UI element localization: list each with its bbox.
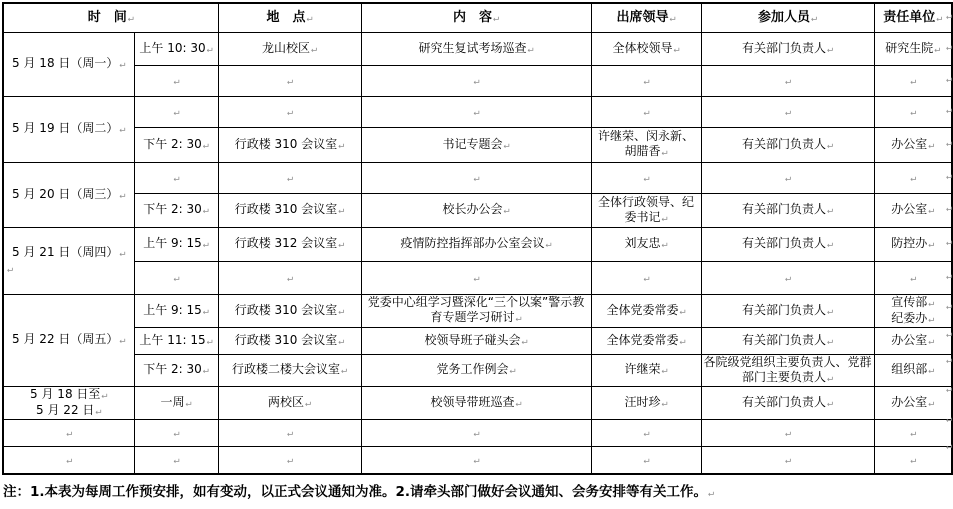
unit-text: 组织部 [891, 362, 927, 376]
schedule-table-body: 时 间↵地 点↵内 容↵出席领导↵参加人员↵责任单位↵5 月 18 日（周一）↵… [3, 3, 952, 474]
time-text: 上午 10: 30 [139, 41, 205, 55]
cell-end-mark: ↵ [128, 13, 134, 24]
header-row: 时 间↵地 点↵内 容↵出席领导↵参加人员↵责任单位↵ [3, 3, 952, 32]
cell-end-mark: ↵ [910, 76, 916, 87]
cell-end-mark: ↵ [644, 173, 650, 184]
footnote-text: 注：1.本表为每周工作预安排，如有变动，以正式会议通知为准。2.请牵头部门做好会… [3, 484, 707, 500]
table-row: 5 月 20 日（周三）↵↵↵↵↵↵↵ [3, 162, 952, 193]
cell-date: 5 月 21 日（周四）↵↵ [3, 227, 134, 294]
cell-end-mark: ↵ [910, 107, 916, 118]
cell-end-mark: ↵ [203, 205, 209, 216]
cell-end-mark: ↵ [827, 306, 833, 317]
cell-end-mark: ↵ [287, 428, 293, 439]
cell-end-mark: ↵ [928, 365, 934, 376]
header-unit: 责任单位↵ [874, 3, 952, 32]
leaders-text: 全体行政领导、纪委书记 [598, 195, 694, 224]
cell-end-mark: ↵ [173, 428, 179, 439]
cell-end-mark: ↵ [528, 44, 534, 55]
cell-end-mark: ↵ [928, 239, 934, 250]
header-leaders: 出席领导↵ [591, 3, 701, 32]
location-text: 行政楼 310 会议室 [235, 303, 338, 317]
participants-text: 有关部门负责人 [742, 395, 826, 409]
cell-unit: ↵ [874, 162, 952, 193]
unit-text: 办公室 [891, 395, 927, 409]
cell-end-mark: ↵ [203, 306, 209, 317]
cell-end-mark: ↵ [928, 336, 934, 347]
table-row: 5 月 18 日至↵5 月 22 日↵一周↵两校区↵校领导带班巡查↵汪时珍↵有关… [3, 386, 952, 419]
cell-end-mark: ↵ [928, 398, 934, 409]
header-location-label: 地 点 [266, 10, 305, 25]
cell-participants: 有关部门负责人↵ [701, 294, 874, 327]
cell-participants: ↵ [701, 162, 874, 193]
cell-time: 上午 10: 30↵ [134, 32, 218, 65]
cell-date: ↵ [3, 419, 134, 446]
time-text: 下午 2: 30 [143, 137, 202, 151]
cell-end-mark: ↵ [644, 107, 650, 118]
cell-location: 龙山校区↵ [218, 32, 361, 65]
date-text: 5 月 18 日（周一） [12, 56, 118, 70]
date-text: 5 月 20 日（周三） [12, 187, 118, 201]
cell-end-mark: ↵ [522, 336, 528, 347]
cell-unit: ↵ [874, 261, 952, 294]
cell-end-mark: ↵ [474, 173, 480, 184]
location-text: 行政楼 310 会议室 [235, 202, 338, 216]
cell-time: 下午 2: 30↵ [134, 193, 218, 227]
cell-content: ↵ [361, 261, 591, 294]
cell-participants: 各院级党组织主要负责人、党群部门主要负责人↵ [701, 354, 874, 386]
cell-end-mark: ↵ [510, 365, 516, 376]
participants-text: 有关部门负责人 [742, 202, 826, 216]
cell-end-mark: ↵ [928, 298, 934, 309]
document-page: 时 间↵地 点↵内 容↵出席领导↵参加人员↵责任单位↵5 月 18 日（周一）↵… [0, 0, 953, 509]
date-line: ↵ [6, 261, 132, 277]
date-line: 5 月 21 日（周四）↵ [6, 245, 132, 261]
cell-end-mark: ↵ [493, 13, 499, 24]
header-content: 内 容↵ [361, 3, 591, 32]
paragraph-mark: ↵ [708, 488, 714, 499]
time-text: 上午 9: 15 [143, 303, 202, 317]
cell-end-mark: ↵ [680, 336, 686, 347]
cell-end-mark: ↵ [66, 428, 72, 439]
row-end-mark: ↵ [946, 271, 953, 283]
cell-unit: 防控办↵ [874, 227, 952, 261]
cell-end-mark: ↵ [474, 76, 480, 87]
cell-unit: ↵ [874, 96, 952, 127]
header-participants: 参加人员↵ [701, 3, 874, 32]
unit-text: 宣传部 [891, 295, 927, 309]
header-unit-label: 责任单位 [883, 10, 935, 25]
unit-text: 防控办 [891, 236, 927, 250]
cell-unit: 办公室↵ [874, 193, 952, 227]
cell-end-mark: ↵ [474, 107, 480, 118]
cell-participants: 有关部门负责人↵ [701, 193, 874, 227]
cell-end-mark: ↵ [516, 398, 522, 409]
row-end-mark: ↵ [946, 42, 953, 54]
date-text: 5 月 22 日 [36, 403, 94, 417]
content-text: 党委中心组学习暨深化“三个以案”警示教育专题学习研讨 [368, 295, 584, 324]
cell-time: 上午 9: 15↵ [134, 227, 218, 261]
content-text: 疫情防控指挥部办公室会议 [400, 236, 544, 250]
cell-end-mark: ↵ [173, 273, 179, 284]
cell-leaders: 全体党委常委↵ [591, 294, 701, 327]
cell-end-mark: ↵ [207, 44, 213, 55]
cell-end-mark: ↵ [811, 13, 817, 24]
cell-end-mark: ↵ [119, 335, 125, 346]
cell-date: 5 月 22 日（周五）↵ [3, 294, 134, 386]
table-row: 5 月 21 日（周四）↵↵上午 9: 15↵行政楼 312 会议室↵疫情防控指… [3, 227, 952, 261]
cell-participants: ↵ [701, 65, 874, 96]
cell-end-mark: ↵ [910, 455, 916, 466]
header-time: 时 间↵ [3, 3, 218, 32]
cell-end-mark: ↵ [785, 273, 791, 284]
cell-end-mark: ↵ [827, 205, 833, 216]
content-text: 书记专题会 [442, 137, 502, 151]
cell-location: 行政楼 310 会议室↵ [218, 127, 361, 162]
header-location: 地 点↵ [218, 3, 361, 32]
header-time-label: 时 间 [88, 10, 127, 25]
cell-end-mark: ↵ [504, 140, 510, 151]
cell-end-mark: ↵ [910, 173, 916, 184]
cell-date: ↵ [3, 446, 134, 474]
cell-leaders: ↵ [591, 162, 701, 193]
row-end-mark: ↵ [946, 414, 953, 426]
cell-end-mark: ↵ [785, 173, 791, 184]
leaders-text: 全体党委常委 [606, 303, 678, 317]
cell-time: ↵ [134, 446, 218, 474]
row-end-mark: ↵ [946, 329, 953, 341]
cell-end-mark: ↵ [827, 140, 833, 151]
cell-participants: 有关部门负责人↵ [701, 127, 874, 162]
table-row: ↵↵↵↵↵↵ [3, 261, 952, 294]
row-end-mark: ↵ [946, 384, 953, 396]
cell-end-mark: ↵ [338, 239, 344, 250]
cell-content: ↵ [361, 162, 591, 193]
content-text: 校长办公会 [442, 202, 502, 216]
cell-end-mark: ↵ [934, 44, 940, 55]
cell-end-mark: ↵ [173, 455, 179, 466]
cell-location: 行政楼二楼大会议室↵ [218, 354, 361, 386]
time-text: 一周 [160, 395, 184, 409]
cell-end-mark: ↵ [173, 76, 179, 87]
cell-content: 书记专题会↵ [361, 127, 591, 162]
date-text: 5 月 18 日至 [30, 387, 100, 401]
cell-end-mark: ↵ [287, 455, 293, 466]
cell-end-mark: ↵ [936, 13, 942, 24]
cell-end-mark: ↵ [680, 306, 686, 317]
cell-time: 一周↵ [134, 386, 218, 419]
cell-end-mark: ↵ [119, 124, 125, 135]
cell-location: ↵ [218, 96, 361, 127]
cell-location: ↵ [218, 419, 361, 446]
cell-time: 上午 11: 15↵ [134, 327, 218, 354]
cell-end-mark: ↵ [662, 147, 668, 158]
cell-unit: ↵ [874, 446, 952, 474]
cell-date: 5 月 20 日（周三）↵ [3, 162, 134, 227]
cell-end-mark: ↵ [928, 314, 934, 325]
content-text: 校领导带班巡查 [430, 395, 514, 409]
cell-time: ↵ [134, 65, 218, 96]
cell-date: 5 月 18 日（周一）↵ [3, 32, 134, 96]
cell-unit: 组织部↵ [874, 354, 952, 386]
cell-location: 行政楼 310 会议室↵ [218, 294, 361, 327]
date-line: 5 月 22 日↵ [6, 403, 132, 419]
cell-end-mark: ↵ [203, 140, 209, 151]
header-content-label: 内 容 [453, 10, 492, 25]
participants-text: 有关部门负责人 [742, 137, 826, 151]
cell-end-mark: ↵ [338, 205, 344, 216]
cell-date: 5 月 19 日（周二）↵ [3, 96, 134, 162]
cell-participants: ↵ [701, 446, 874, 474]
content-text: 校领导班子碰头会 [424, 333, 520, 347]
unit-text: 办公室 [891, 137, 927, 151]
cell-leaders: 全体校领导↵ [591, 32, 701, 65]
cell-leaders: ↵ [591, 419, 701, 446]
row-end-mark: ↵ [946, 441, 953, 453]
cell-end-mark: ↵ [186, 398, 192, 409]
cell-time: ↵ [134, 162, 218, 193]
date-text: 5 月 21 日（周四） [12, 245, 118, 259]
cell-leaders: 全体党委常委↵ [591, 327, 701, 354]
cell-end-mark: ↵ [119, 248, 125, 259]
location-text: 行政楼 310 会议室 [235, 333, 338, 347]
cell-end-mark: ↵ [785, 76, 791, 87]
cell-end-mark: ↵ [66, 455, 72, 466]
table-row: 5 月 18 日（周一）↵上午 10: 30↵龙山校区↵研究生复试考场巡查↵全体… [3, 32, 952, 65]
cell-date: 5 月 18 日至↵5 月 22 日↵ [3, 386, 134, 419]
cell-unit: ↵ [874, 419, 952, 446]
table-row: 5 月 22 日（周五）↵上午 9: 15↵行政楼 310 会议室↵党委中心组学… [3, 294, 952, 327]
cell-participants: 有关部门负责人↵ [701, 327, 874, 354]
cell-end-mark: ↵ [504, 205, 510, 216]
cell-end-mark: ↵ [670, 13, 676, 24]
cell-end-mark: ↵ [95, 406, 101, 417]
cell-content: 研究生复试考场巡查↵ [361, 32, 591, 65]
date-line: 5 月 18 日至↵ [6, 387, 132, 403]
leaders-text: 全体校领导 [612, 41, 672, 55]
cell-end-mark: ↵ [474, 455, 480, 466]
cell-unit: 办公室↵ [874, 327, 952, 354]
cell-end-mark: ↵ [644, 455, 650, 466]
cell-content: ↵ [361, 65, 591, 96]
cell-location: ↵ [218, 446, 361, 474]
participants-text: 有关部门负责人 [742, 333, 826, 347]
cell-unit: 宣传部↵纪委办↵ [874, 294, 952, 327]
cell-end-mark: ↵ [827, 373, 833, 384]
cell-unit: 办公室↵ [874, 127, 952, 162]
table-row: 下午 2: 30↵行政楼 310 会议室↵校长办公会↵全体行政领导、纪委书记↵有… [3, 193, 952, 227]
table-row: 下午 2: 30↵行政楼 310 会议室↵书记专题会↵许继荣、闵永新、胡腊香↵有… [3, 127, 952, 162]
row-end-mark: ↵ [946, 74, 953, 86]
row-end-mark: ↵ [946, 203, 953, 215]
row-end-mark: ↵ [946, 11, 953, 23]
cell-content: ↵ [361, 419, 591, 446]
cell-end-mark: ↵ [287, 273, 293, 284]
cell-leaders: 许继荣、闵永新、胡腊香↵ [591, 127, 701, 162]
cell-participants: 有关部门负责人↵ [701, 32, 874, 65]
cell-end-mark: ↵ [516, 313, 522, 324]
unit-text: 纪委办 [891, 311, 927, 325]
cell-end-mark: ↵ [311, 44, 317, 55]
cell-location: ↵ [218, 65, 361, 96]
cell-end-mark: ↵ [307, 13, 313, 24]
table-row: 上午 11: 15↵行政楼 310 会议室↵校领导班子碰头会↵全体党委常委↵有关… [3, 327, 952, 354]
cell-end-mark: ↵ [474, 273, 480, 284]
cell-end-mark: ↵ [674, 44, 680, 55]
cell-end-mark: ↵ [119, 190, 125, 201]
cell-leaders: ↵ [591, 261, 701, 294]
cell-location: 行政楼 312 会议室↵ [218, 227, 361, 261]
cell-leaders: ↵ [591, 65, 701, 96]
row-end-mark: ↵ [946, 301, 953, 313]
cell-end-mark: ↵ [287, 76, 293, 87]
header-participants-label: 参加人员 [758, 10, 810, 25]
cell-unit: ↵ [874, 65, 952, 96]
cell-end-mark: ↵ [119, 59, 125, 70]
cell-end-mark: ↵ [173, 107, 179, 118]
cell-content: 校长办公会↵ [361, 193, 591, 227]
cell-end-mark: ↵ [910, 428, 916, 439]
cell-location: 行政楼 310 会议室↵ [218, 193, 361, 227]
table-row: ↵↵↵↵↵↵ [3, 65, 952, 96]
cell-time: 上午 9: 15↵ [134, 294, 218, 327]
cell-end-mark: ↵ [7, 264, 13, 275]
weekly-schedule-table: 时 间↵地 点↵内 容↵出席领导↵参加人员↵责任单位↵5 月 18 日（周一）↵… [2, 2, 953, 475]
unit-text: 办公室 [891, 202, 927, 216]
cell-content: 党委中心组学习暨深化“三个以案”警示教育专题学习研讨↵ [361, 294, 591, 327]
leaders-text: 汪时珍 [624, 395, 660, 409]
cell-location: ↵ [218, 261, 361, 294]
cell-end-mark: ↵ [341, 365, 347, 376]
cell-unit: 研究生院↵ [874, 32, 952, 65]
cell-end-mark: ↵ [827, 44, 833, 55]
cell-content: ↵ [361, 96, 591, 127]
cell-end-mark: ↵ [173, 173, 179, 184]
cell-end-mark: ↵ [546, 239, 552, 250]
cell-leaders: 汪时珍↵ [591, 386, 701, 419]
location-text: 行政楼二楼大会议室 [232, 362, 340, 376]
cell-location: ↵ [218, 162, 361, 193]
cell-end-mark: ↵ [928, 140, 934, 151]
cell-end-mark: ↵ [827, 239, 833, 250]
cell-time: 下午 2: 30↵ [134, 127, 218, 162]
leaders-text: 刘友忠 [624, 236, 660, 250]
content-text: 党务工作例会 [436, 362, 508, 376]
content-text: 研究生复试考场巡查 [418, 41, 526, 55]
header-leaders-label: 出席领导 [616, 10, 668, 25]
cell-content: 疫情防控指挥部办公室会议↵ [361, 227, 591, 261]
participants-text: 有关部门负责人 [742, 41, 826, 55]
cell-time: ↵ [134, 96, 218, 127]
date-text: 5 月 19 日（周二） [12, 121, 118, 135]
cell-end-mark: ↵ [203, 239, 209, 250]
cell-end-mark: ↵ [785, 455, 791, 466]
cell-participants: ↵ [701, 261, 874, 294]
table-row: 下午 2: 30↵行政楼二楼大会议室↵党务工作例会↵许继荣↵各院级党组织主要负责… [3, 354, 952, 386]
location-text: 行政楼 312 会议室 [235, 236, 338, 250]
row-end-mark: ↵ [946, 171, 953, 183]
time-text: 下午 2: 30 [143, 202, 202, 216]
cell-end-mark: ↵ [338, 140, 344, 151]
row-end-mark: ↵ [946, 237, 953, 249]
cell-end-mark: ↵ [662, 239, 668, 250]
participants-text: 各院级党组织主要负责人、党群部门主要负责人 [704, 355, 872, 384]
cell-participants: 有关部门负责人↵ [701, 386, 874, 419]
cell-end-mark: ↵ [910, 273, 916, 284]
cell-content: 校领导带班巡查↵ [361, 386, 591, 419]
cell-end-mark: ↵ [662, 213, 668, 224]
footnote: 注：1.本表为每周工作预安排，如有变动，以正式会议通知为准。2.请牵头部门做好会… [3, 483, 714, 503]
unit-line: 纪委办↵ [877, 311, 950, 327]
cell-end-mark: ↵ [785, 107, 791, 118]
cell-end-mark: ↵ [101, 390, 107, 401]
cell-end-mark: ↵ [287, 107, 293, 118]
cell-location: 两校区↵ [218, 386, 361, 419]
cell-unit: 办公室↵ [874, 386, 952, 419]
participants-text: 有关部门负责人 [742, 303, 826, 317]
cell-end-mark: ↵ [662, 365, 668, 376]
location-text: 两校区 [268, 395, 304, 409]
cell-leaders: 许继荣↵ [591, 354, 701, 386]
cell-end-mark: ↵ [644, 428, 650, 439]
location-text: 龙山校区 [262, 41, 310, 55]
time-text: 上午 9: 15 [143, 236, 202, 250]
cell-participants: ↵ [701, 96, 874, 127]
cell-end-mark: ↵ [785, 428, 791, 439]
table-row: ↵↵↵↵↵↵↵ [3, 419, 952, 446]
cell-end-mark: ↵ [338, 306, 344, 317]
cell-end-mark: ↵ [207, 336, 213, 347]
cell-content: 党务工作例会↵ [361, 354, 591, 386]
cell-location: 行政楼 310 会议室↵ [218, 327, 361, 354]
table-row: ↵↵↵↵↵↵↵ [3, 446, 952, 474]
cell-leaders: 刘友忠↵ [591, 227, 701, 261]
cell-leaders: 全体行政领导、纪委书记↵ [591, 193, 701, 227]
cell-end-mark: ↵ [287, 173, 293, 184]
cell-end-mark: ↵ [644, 273, 650, 284]
date-text: 5 月 22 日（周五） [12, 332, 118, 346]
cell-end-mark: ↵ [928, 205, 934, 216]
cell-leaders: ↵ [591, 446, 701, 474]
row-end-mark: ↵ [946, 105, 953, 117]
location-text: 行政楼 310 会议室 [235, 137, 338, 151]
cell-participants: 有关部门负责人↵ [701, 227, 874, 261]
cell-time: ↵ [134, 261, 218, 294]
leaders-text: 许继荣、闵永新、胡腊香 [598, 129, 694, 158]
cell-participants: ↵ [701, 419, 874, 446]
cell-leaders: ↵ [591, 96, 701, 127]
cell-time: 下午 2: 30↵ [134, 354, 218, 386]
table-row: 5 月 19 日（周二）↵↵↵↵↵↵↵ [3, 96, 952, 127]
cell-end-mark: ↵ [338, 336, 344, 347]
unit-text: 办公室 [891, 333, 927, 347]
leaders-text: 许继荣 [624, 362, 660, 376]
cell-content: 校领导班子碰头会↵ [361, 327, 591, 354]
cell-end-mark: ↵ [203, 365, 209, 376]
cell-end-mark: ↵ [827, 336, 833, 347]
cell-end-mark: ↵ [644, 76, 650, 87]
time-text: 下午 2: 30 [143, 362, 202, 376]
row-end-mark: ↵ [946, 138, 953, 150]
participants-text: 有关部门负责人 [742, 236, 826, 250]
cell-content: ↵ [361, 446, 591, 474]
leaders-text: 全体党委常委 [606, 333, 678, 347]
unit-line: 宣传部↵ [877, 295, 950, 311]
cell-end-mark: ↵ [474, 428, 480, 439]
time-text: 上午 11: 15 [139, 333, 205, 347]
cell-time: ↵ [134, 419, 218, 446]
cell-end-mark: ↵ [305, 398, 311, 409]
unit-text: 研究生院 [885, 41, 933, 55]
